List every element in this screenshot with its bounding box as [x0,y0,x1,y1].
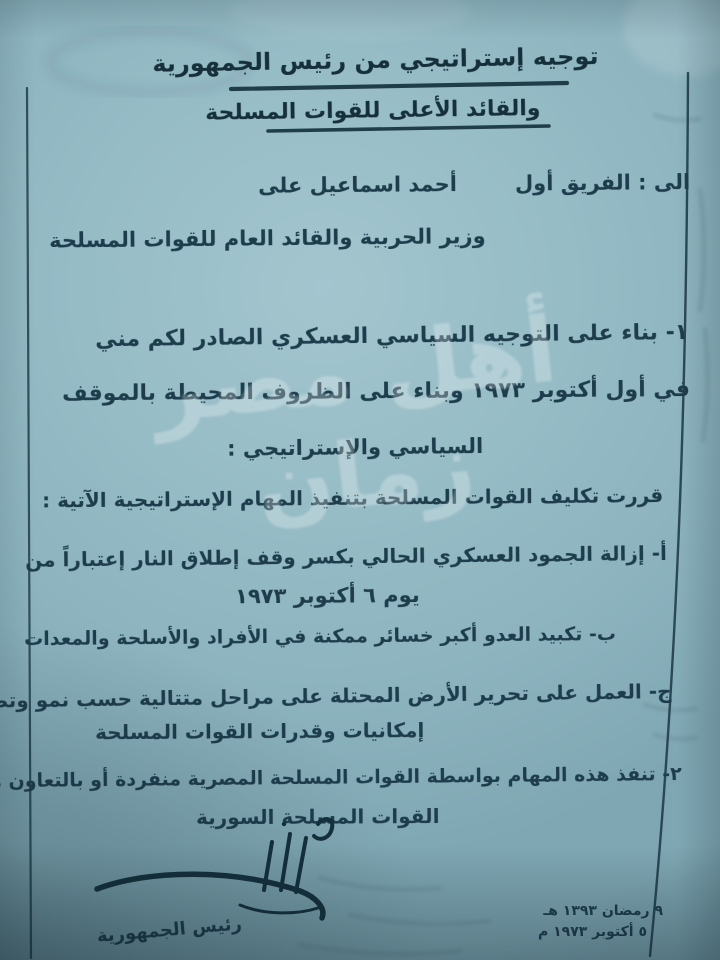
title-underline-2 [268,126,549,131]
right-margin-line [650,73,688,956]
left-margin-line [27,88,31,958]
title-underline-1 [231,83,567,89]
document-photo: توجيه إستراتيجي من رئيس الجمهورية والقائ… [0,0,720,960]
sadat-signature [97,819,332,918]
ink-marks [0,0,720,960]
